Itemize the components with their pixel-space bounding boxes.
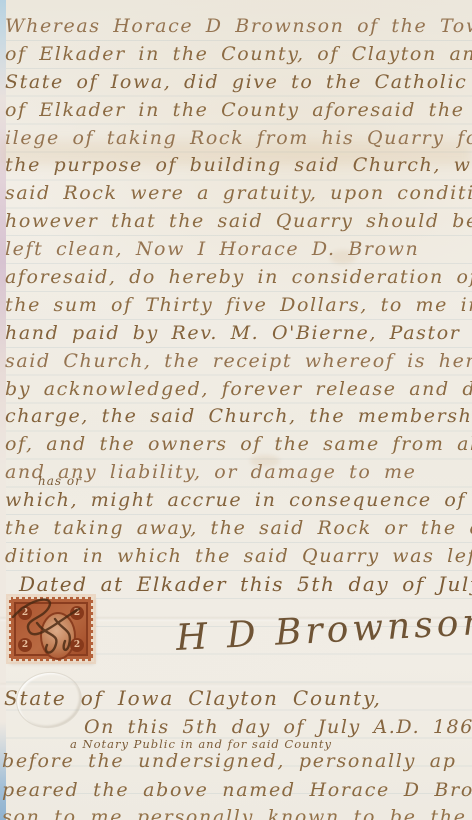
- notary-line: son to me personally known to be the: [2, 806, 467, 820]
- interlineation-has-or: has or: [38, 474, 82, 488]
- handwritten-line: left clean, Now I Horace D. Brown: [5, 236, 472, 264]
- handwritten-line: the taking away, the said Rock or the co…: [5, 515, 472, 543]
- handwritten-line: State of Iowa, did give to the Catholic …: [5, 69, 472, 97]
- handwritten-line: said Church, the receipt whereof is here: [5, 348, 472, 376]
- stamp-numeral: 2: [18, 606, 32, 620]
- revenue-stamp-frame: 2 2 2 2: [14, 602, 88, 656]
- handwritten-line: the sum of Thirty five Dollars, to me in: [5, 292, 472, 320]
- handwritten-line: said Rock were a gratuity, upon conditio…: [5, 180, 472, 208]
- handwritten-line: Dated at Elkader this 5th day of July 18…: [5, 571, 472, 599]
- handwritten-line: Whereas Horace D Brownson of the Town: [5, 13, 472, 41]
- handwritten-line: aforesaid, do hereby in consideration of: [5, 264, 472, 292]
- handwritten-line: however that the said Quarry should be: [5, 208, 472, 236]
- handwritten-line: which, might accrue in consequence of: [5, 487, 472, 515]
- handwritten-line: of Elkader in the County, of Clayton and: [5, 41, 472, 69]
- handwritten-line: the purpose of building said Church, whi…: [5, 152, 472, 180]
- handwritten-line: charge, the said Church, the membership: [5, 403, 472, 431]
- stamp-numeral: 2: [18, 638, 32, 652]
- interlineation-notary-public: a Notary Public in and for said County: [70, 737, 332, 751]
- scanned-deed-page: Whereas Horace D Brownson of the Townof …: [0, 0, 472, 820]
- handwritten-line: dition in which the said Quarry was left: [5, 543, 472, 571]
- handwritten-line: ilege of taking Rock from his Quarry for: [5, 125, 472, 153]
- notary-line: before the undersigned, personally ap: [2, 750, 457, 772]
- handwritten-line: of, and the owners of the same from all: [5, 431, 472, 459]
- signature-hd-brownson: H D Brownson: [175, 602, 472, 659]
- stamp-numeral: 2: [70, 606, 84, 620]
- notary-heading: State of Iowa Clayton County,: [4, 686, 382, 710]
- handwritten-line: by acknowledged, forever release and dis: [5, 376, 472, 404]
- stamp-numeral: 2: [70, 638, 84, 652]
- handwritten-line: hand paid by Rev. M. O'Bierne, Pastor of: [5, 320, 472, 348]
- revenue-stamp: 2 2 2 2: [9, 597, 93, 661]
- notary-line: peared the above named Horace D Brown: [2, 779, 472, 801]
- deed-body: Whereas Horace D Brownson of the Townof …: [5, 13, 472, 599]
- notary-date-line: On this 5th day of July A.D. 1866: [84, 716, 472, 738]
- revenue-stamp-portrait: [40, 612, 76, 660]
- handwritten-line: of Elkader in the County aforesaid the p…: [5, 97, 472, 125]
